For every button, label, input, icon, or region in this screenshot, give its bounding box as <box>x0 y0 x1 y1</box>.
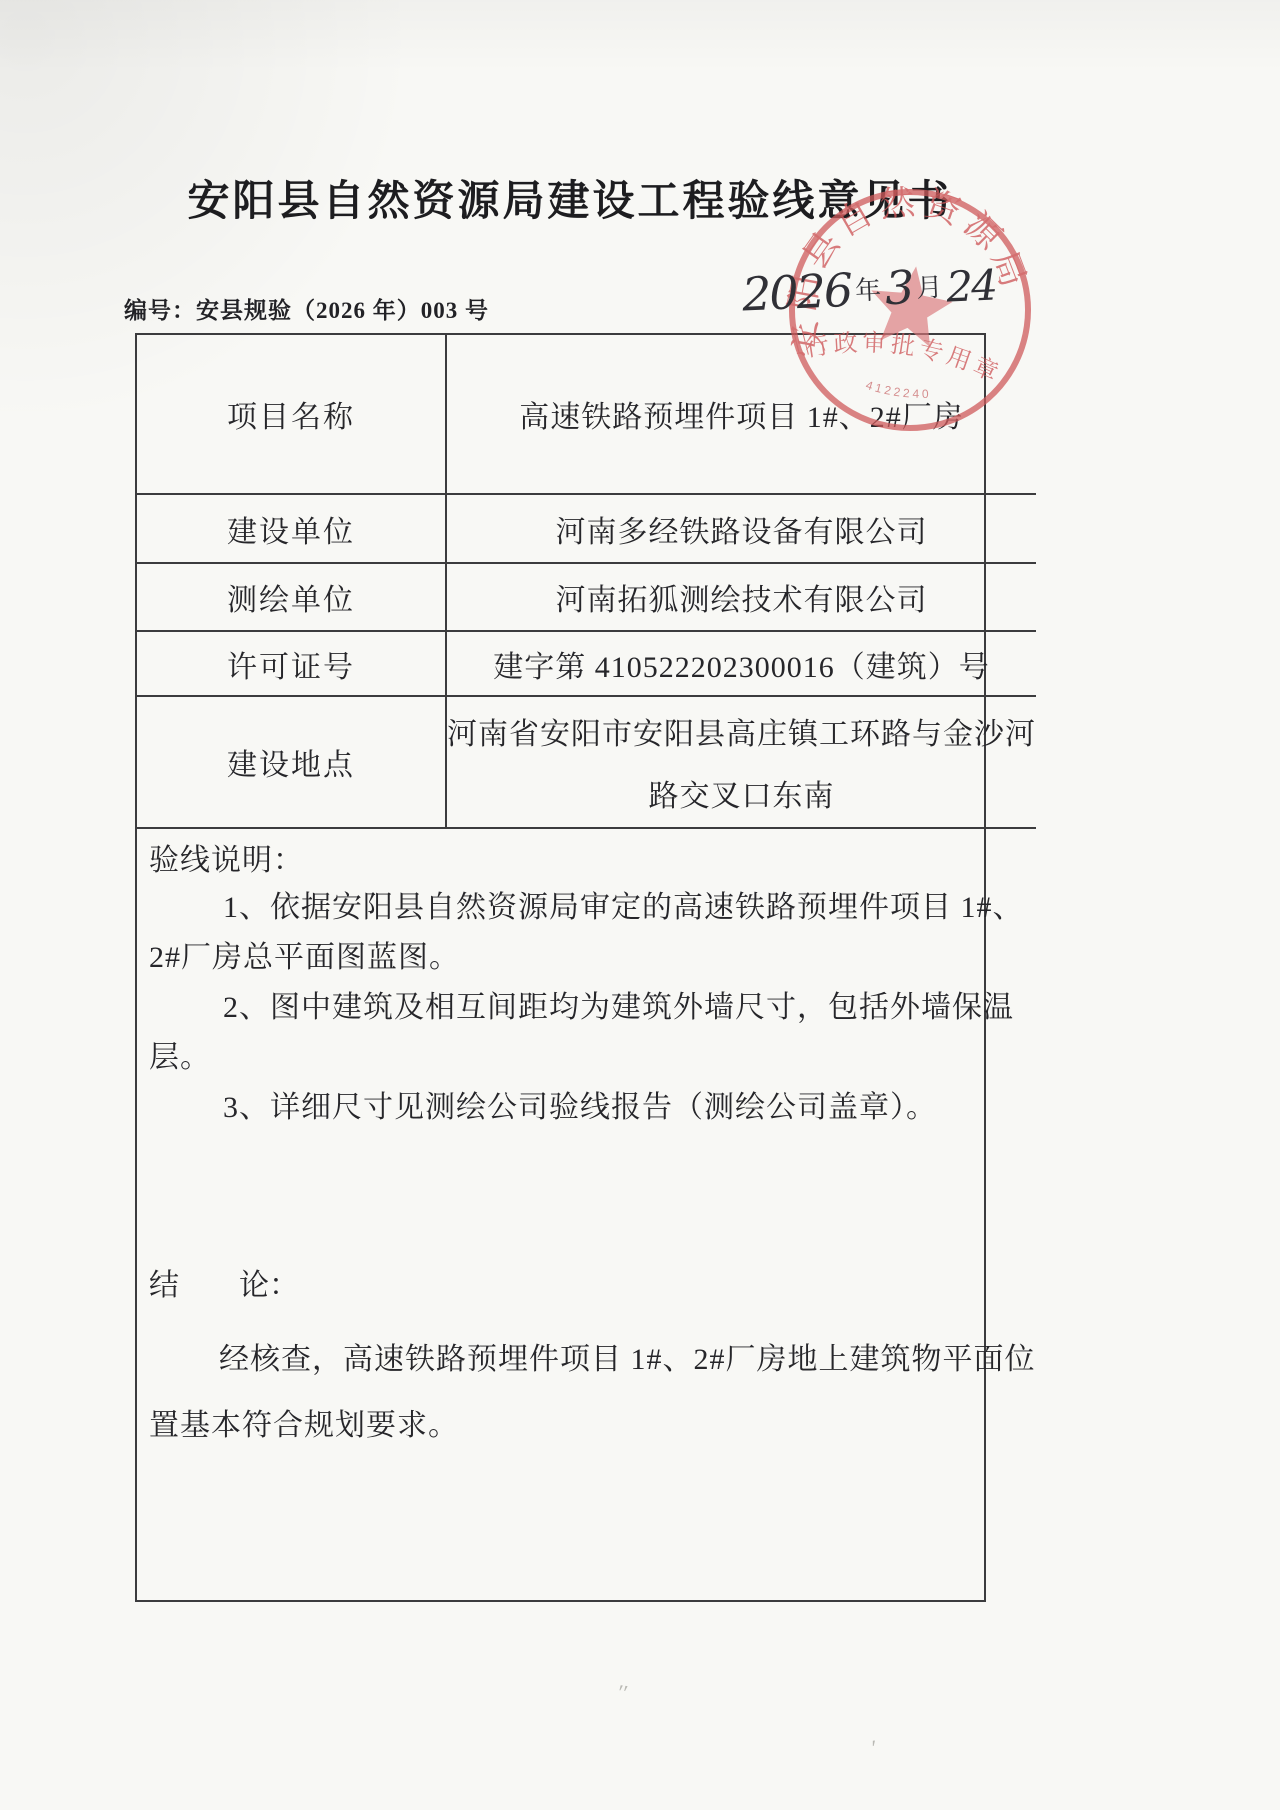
construction-site-line-2: 路交叉口东南 <box>649 771 835 815</box>
note-item-1-line-1: 1、依据安阳县自然资源局审定的高速铁路预埋件项目 1#、 <box>149 883 1024 933</box>
row-label-construction-site: 建设地点 <box>137 697 447 829</box>
row-value-construction-site: 河南省安阳市安阳县高庄镇工环路与金沙河 路交叉口东南 <box>447 697 1036 829</box>
note-item-1-line-2: 2#厂房总平面图蓝图。 <box>149 933 1024 983</box>
note-item-2-line-2: 层。 <box>149 1033 1024 1083</box>
handwritten-day: 24 <box>945 260 997 311</box>
row-label-construction-unit: 建设单位 <box>137 495 447 564</box>
handwritten-year: 2026 <box>741 263 852 322</box>
date-year-unit: 年 <box>855 275 882 305</box>
conclusion-line-2: 置基本符合规划要求。 <box>149 1393 1024 1459</box>
handwritten-month: 3 <box>884 260 914 315</box>
verification-notes-cell: 验线说明： 1、依据安阳县自然资源局审定的高速铁路预埋件项目 1#、 2#厂房总… <box>137 829 1036 1600</box>
document-number: 编号：安县规验（2026 年）003 号 <box>124 292 489 325</box>
row-label-surveying-unit: 测绘单位 <box>137 564 447 632</box>
construction-site-line-1: 河南省安阳市安阳县高庄镇工环路与金沙河 <box>447 709 1036 753</box>
notes-heading: 验线说明： <box>149 839 1024 883</box>
row-label-permit-number: 许可证号 <box>137 632 447 697</box>
form-table: 项目名称 高速铁路预埋件项目 1#、2#厂房 建设单位 河南多经铁路设备有限公司… <box>135 333 986 1602</box>
handwritten-date: 2026年3月24 <box>741 256 997 321</box>
row-value-project-name: 高速铁路预埋件项目 1#、2#厂房 <box>447 335 1036 495</box>
note-item-2-line-1: 2、图中建筑及相互间距均为建筑外墙尺寸，包括外墙保温 <box>149 983 1024 1033</box>
scan-artifact: ′ <box>871 1735 879 1761</box>
row-value-surveying-unit: 河南拓狐测绘技术有限公司 <box>447 564 1036 632</box>
conclusion-heading: 结 论： <box>149 1263 1024 1309</box>
row-value-construction-unit: 河南多经铁路设备有限公司 <box>447 495 1036 564</box>
page-title: 安阳县自然资源局建设工程验线意见书 <box>120 168 1020 228</box>
document-page: 安阳县自然资源局建设工程验线意见书 编号：安县规验（2026 年）003 号 项… <box>0 0 1280 1810</box>
date-month-unit: 月 <box>916 273 943 303</box>
scan-artifact: ′′ <box>616 1679 629 1706</box>
note-item-3-line-1: 3、详细尺寸见测绘公司验线报告（测绘公司盖章）。 <box>149 1083 1024 1133</box>
conclusion-line-1: 经核查，高速铁路预埋件项目 1#、2#厂房地上建筑物平面位 <box>149 1327 1024 1393</box>
row-label-project-name: 项目名称 <box>137 335 447 495</box>
row-value-permit-number: 建字第 410522202300016（建筑）号 <box>447 632 1036 697</box>
